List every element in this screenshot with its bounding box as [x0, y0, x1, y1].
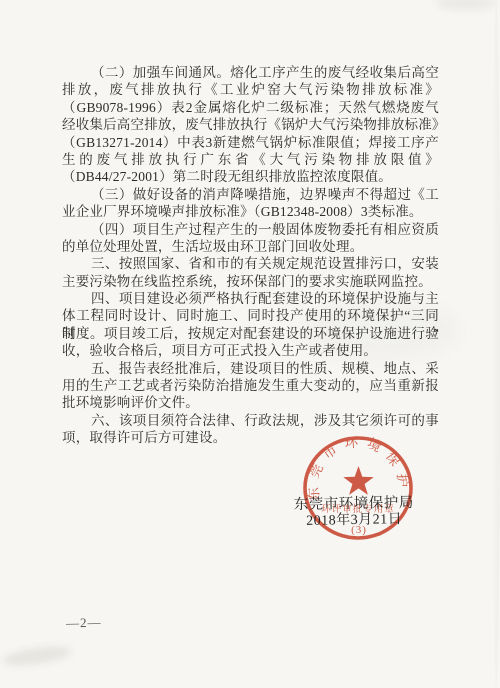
body-line: 六、该项目须符合法律、行政法规，涉及其它须许可的事 — [62, 412, 439, 429]
body-line: （三）做好设备的消声降噪措施，边界噪声不得超过《工 — [62, 186, 439, 203]
body-line: 三、按照国家、省和市的有关规定规范设置排污口，安装 — [62, 255, 439, 272]
body-line: （GB13271-2014）中表3新建燃气锅炉标准限值；焊接工序产 — [62, 134, 439, 151]
scan-smudge — [436, 0, 496, 10]
document-body: （二）加强车间通风。熔化工序产生的废气经收集后高空排放，废气排放执行《工业炉窑大… — [62, 64, 439, 447]
scan-edge-shadow — [492, 0, 500, 688]
body-line: 排放，废气排放执行《工业炉窑大气污染物排放标准》 — [62, 81, 439, 98]
body-line: 体工程同时设计、同时施工、同时投产使用的环境保护“三同时” — [62, 307, 439, 324]
body-line: 经收集后高空排放，废气排放执行《锅炉大气污染物排放标准》 — [62, 116, 439, 133]
body-line: 的单位处理处置，生活垃圾由环卫部门回收处理。 — [62, 238, 439, 255]
body-line: 批环境影响评价文件。 — [62, 394, 439, 411]
scanned-document-page: { "document": { "body_lines": [ {"text":… — [0, 0, 500, 688]
body-line: 生的废气排放执行广东省《大气污染物排放限值》 — [62, 151, 439, 168]
page-number: —2— — [66, 615, 102, 632]
signature-block: 东莞市环境保护局 2018年3月21日 — [291, 495, 418, 530]
body-line: 收，验收合格后，项目方可正式投入生产或者使用。 — [62, 342, 439, 359]
body-line: 业企业厂界环境噪声排放标准》（GB12348-2008）3类标准。 — [62, 203, 439, 220]
body-line: （二）加强车间通风。熔化工序产生的废气经收集后高空 — [62, 64, 439, 81]
body-line: 四、项目建设必须严格执行配套建设的环境保护设施与主 — [62, 290, 439, 307]
body-line: （DB44/27-2001）第二时段无组织排放监控浓度限值。 — [62, 168, 439, 185]
body-line: 用的生产工艺或者污染防治措施发生重大变动的，应当重新报 — [62, 377, 439, 394]
signature-date: 2018年3月21日 — [291, 512, 417, 530]
body-line: 五、报告表经批准后，建设项目的性质、规模、地点、采 — [62, 360, 439, 377]
body-line: 主要污染物在线监控系统，按环保部门的要求实施联网监控。 — [62, 273, 439, 290]
body-line: （四）项目生产过程产生的一般固体废物委托有相应资质 — [62, 221, 439, 238]
signature-org: 东莞市环境保护局 — [291, 495, 417, 513]
body-line: （GB9078-1996）表2金属熔化炉二级标准；天然气燃烧废气 — [62, 99, 439, 116]
scan-smudge — [1, 643, 73, 669]
body-line: 制度。项目竣工后，按规定对配套建设的环境保护设施进行验 — [62, 325, 439, 342]
seal-star-icon — [343, 466, 373, 495]
